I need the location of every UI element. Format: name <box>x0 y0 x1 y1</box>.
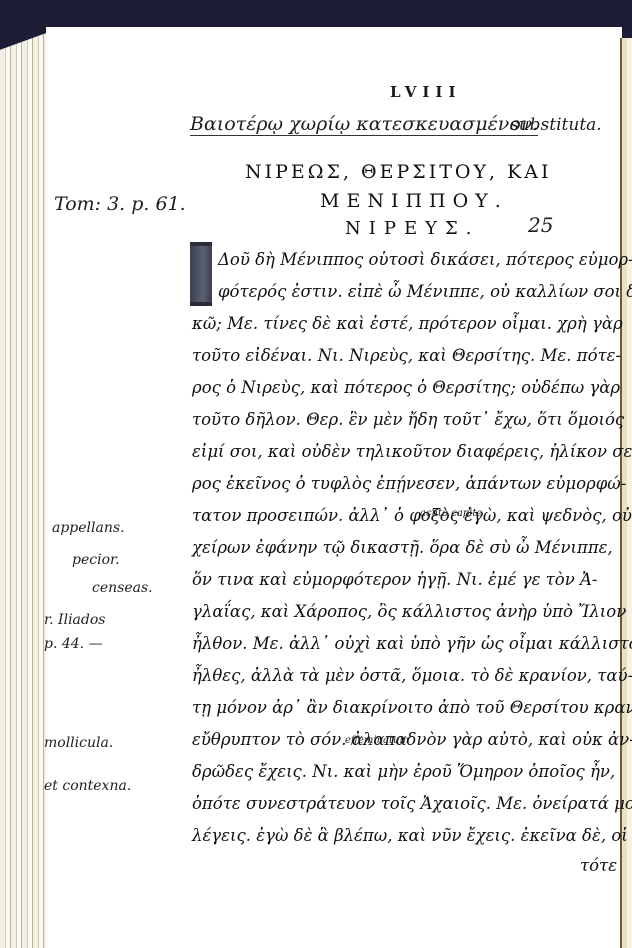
text-line: γλαΐας, καὶ Χάροπος, ὃς κάλλιστος ἀνὴρ ὑ… <box>192 596 626 628</box>
speaker-heading: ΝΙΡΕΥΣ. <box>345 218 479 239</box>
text-line: τατον προσειπών. ἀλλ᾽ ὁ φοξὸς ἐγὼ, καὶ ψ… <box>192 500 632 532</box>
text-line: ἦλθες, ἀλλὰ τὰ μὲν ὀστᾶ, ὅμοια. τὸ δὲ κρ… <box>192 660 632 692</box>
drop-cap-initial <box>190 242 212 306</box>
folio-number: LVIII <box>390 83 461 101</box>
margin-note: mollicula. <box>44 735 113 751</box>
text-line: λέγεις. ἐγὼ δὲ ἃ βλέπω, καὶ νῦν ἔχεις. ἐ… <box>192 820 628 852</box>
text-line: ὁπότε συνεστράτευον τοῖς Ἀχαιοῖς. Με. ὀν… <box>192 788 632 820</box>
text-line: ρος ἐκεῖνος ὁ τυφλὸς ἐπῄνεσεν, ἁπάντων ε… <box>192 468 626 500</box>
handwritten-header: Βαιοτέρῳ χωρίῳ κατεσκευασμένον. <box>190 113 538 135</box>
interlinear-gloss: effeminatum <box>345 735 409 746</box>
margin-note: p. 44. — <box>44 636 103 652</box>
text-line: εἰμί σοι, καὶ οὐδὲν τηλικοῦτον διαφέρεις… <box>192 436 632 468</box>
dialogue-title-line1: ΝΙΡΕΩΣ, ΘΕΡΣΙΤΟΥ, ΚΑΙ <box>245 161 552 183</box>
text-line: ἦλθον. Με. ἀλλ᾽ οὐχὶ καὶ ὑπὸ γῆν ὡς οἶμα… <box>192 628 632 660</box>
text-line: κῶ; Με. τίνες δὲ καὶ ἐστέ, πρότερον οἶμα… <box>192 308 623 340</box>
text-line: φότερός ἐστιν. εἰπὲ ὦ Μένιππε, οὐ καλλίω… <box>218 276 632 308</box>
margin-note: r. Iliados <box>44 612 105 628</box>
margin-note: appellans. <box>52 520 125 536</box>
catchword: τότε <box>580 850 617 882</box>
text-line: ρος ὁ Νιρεὺς, καὶ πότερος ὁ Θερσίτης; οὐ… <box>192 372 620 404</box>
margin-note: et contexna. <box>44 778 131 794</box>
text-line: ὅν τινα καὶ εὐμορφότερον ἡγῇ. Νι. ἐμέ γε… <box>192 564 598 596</box>
text-line: δρῶδες ἔχεις. Νι. καὶ μὴν ἐροῦ Ὅμηρον ὁπ… <box>192 756 615 788</box>
book-page-edges <box>0 30 52 948</box>
text-line: τοῦτο δῆλον. Θερ. ἓν μὲν ἤδη τοῦτ᾽ ἔχω, … <box>192 404 624 436</box>
handwritten-header-right: substituta. <box>510 115 602 135</box>
text-line: τῃ μόνον ἀρ᾽ ἂν διακρίνοιτο ἀπὸ τοῦ Θερσ… <box>192 692 632 724</box>
text-line: Δοῦ δὴ Μένιππος οὑτοσὶ δικάσει, πότερος … <box>218 244 632 276</box>
margin-number: 25 <box>528 213 553 237</box>
text-line: χείρων ἐφάνην τῷ δικαστῇ. ὅρα δὲ σὺ ὦ Μέ… <box>192 532 613 564</box>
dialogue-title-line2: ΜΕΝΙΠΠΟΥ. <box>320 190 508 212</box>
margin-reference: Tom: 3. p. 61. <box>54 193 186 215</box>
interlinear-gloss: acuto capite <box>420 508 482 519</box>
margin-note: censeas. <box>92 580 153 596</box>
margin-note: pecior. <box>72 552 120 568</box>
text-line: τοῦτο εἰδέναι. Νι. Νιρεὺς, καὶ Θερσίτης.… <box>192 340 621 372</box>
text-line: εὔθρυπτον τὸ σόν. ἀλαπαδνὸν γὰρ αὐτὸ, κα… <box>192 724 632 756</box>
